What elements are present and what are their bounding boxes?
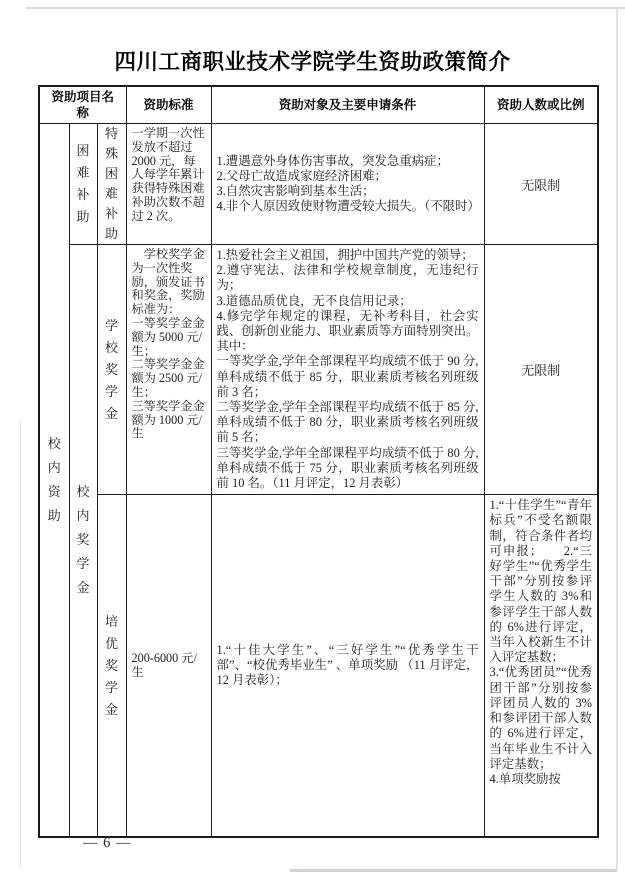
special-hardship-label: 特殊困难补助 bbox=[104, 124, 119, 244]
scan-edge-top bbox=[26, 7, 625, 9]
header-conditions: 资助对象及主要申请条件 bbox=[211, 86, 484, 124]
aid-policy-table: 资助项目名称 资助标准 资助对象及主要申请条件 资助人数或比例 校内资助 困难补… bbox=[38, 85, 599, 838]
cell-conditions-school-scholarship: 1.热爱社会主义祖国，拥护中国共产党的领导； 2.遵守宪法、法律和学校规章制度，… bbox=[211, 245, 484, 495]
header-project-name: 资助项目名称 bbox=[39, 86, 126, 124]
peiyou-scholarship-label: 培优奖学金 bbox=[104, 611, 119, 721]
cell-standard-special-hardship: 一学期一次性发放不超过 2000 元，每人每学年累计获得特殊困难补助次数不超过 … bbox=[126, 124, 211, 245]
page-title: 四川工商职业技术学院学生资助政策简介 bbox=[0, 45, 625, 76]
document-page: 四川工商职业技术学院学生资助政策简介 资助项目名称 资助标准 资助对象及主要申请… bbox=[0, 0, 625, 884]
scan-edge-left bbox=[20, 420, 21, 868]
cell-name-special-hardship: 特殊困难补助 bbox=[97, 124, 126, 245]
cell-standard-peiyou-scholarship: 200-6000 元/生 bbox=[126, 495, 211, 837]
cell-quota-special-hardship: 无限制 bbox=[484, 124, 598, 245]
cell-category-campus-scholarship: 校内奖学金 bbox=[69, 245, 97, 837]
cell-category-hardship-subsidy: 困难补助 bbox=[69, 124, 97, 245]
cell-quota-school-scholarship: 无限制 bbox=[484, 245, 598, 495]
page-number: — 6 — bbox=[83, 835, 132, 852]
table-header-row: 资助项目名称 资助标准 资助对象及主要申请条件 资助人数或比例 bbox=[39, 86, 598, 124]
school-scholarship-label: 学校奖学金 bbox=[104, 315, 119, 425]
header-quota: 资助人数或比例 bbox=[484, 86, 598, 124]
cell-name-peiyou-scholarship: 培优奖学金 bbox=[97, 495, 126, 837]
cell-standard-school-scholarship: 学校奖学金为一次性奖励，颁发证书和奖金，奖励标准为： 一等奖学金金额为 5000… bbox=[126, 245, 211, 495]
scan-edge-right bbox=[616, 9, 618, 870]
table-row: 校内奖学金 学校奖学金 学校奖学金为一次性奖励，颁发证书和奖金，奖励标准为： 一… bbox=[39, 245, 598, 495]
scan-edge-bottom bbox=[290, 869, 617, 872]
cell-category-campus-aid: 校内资助 bbox=[39, 124, 69, 837]
campus-aid-label: 校内资助 bbox=[47, 432, 62, 528]
cell-conditions-special-hardship: 1.遭遇意外身体伤害事故，突发急重病症； 2.父母亡故造成家庭经济困难； 3.自… bbox=[211, 124, 484, 245]
header-standard: 资助标准 bbox=[126, 86, 211, 124]
table-row: 校内资助 困难补助 特殊困难补助 一学期一次性发放不超过 2000 元，每人每学… bbox=[39, 124, 598, 245]
table-row: 培优奖学金 200-6000 元/生 1.“十佳大学生”、“三好学生”“优秀学生… bbox=[39, 495, 598, 837]
hardship-subsidy-label: 困难补助 bbox=[76, 140, 91, 228]
campus-scholarship-label: 校内奖学金 bbox=[76, 480, 91, 600]
cell-quota-peiyou-scholarship: 1.“十佳学生”“青年标兵”不受名额限制，符合条件者均可申报； 2.“三好学生”… bbox=[484, 495, 598, 837]
cell-conditions-peiyou-scholarship: 1.“十佳大学生”、“三好学生”“优秀学生干部”、“校优秀毕业生” 、单项奖励 … bbox=[211, 495, 484, 837]
cell-name-school-scholarship: 学校奖学金 bbox=[97, 245, 126, 495]
